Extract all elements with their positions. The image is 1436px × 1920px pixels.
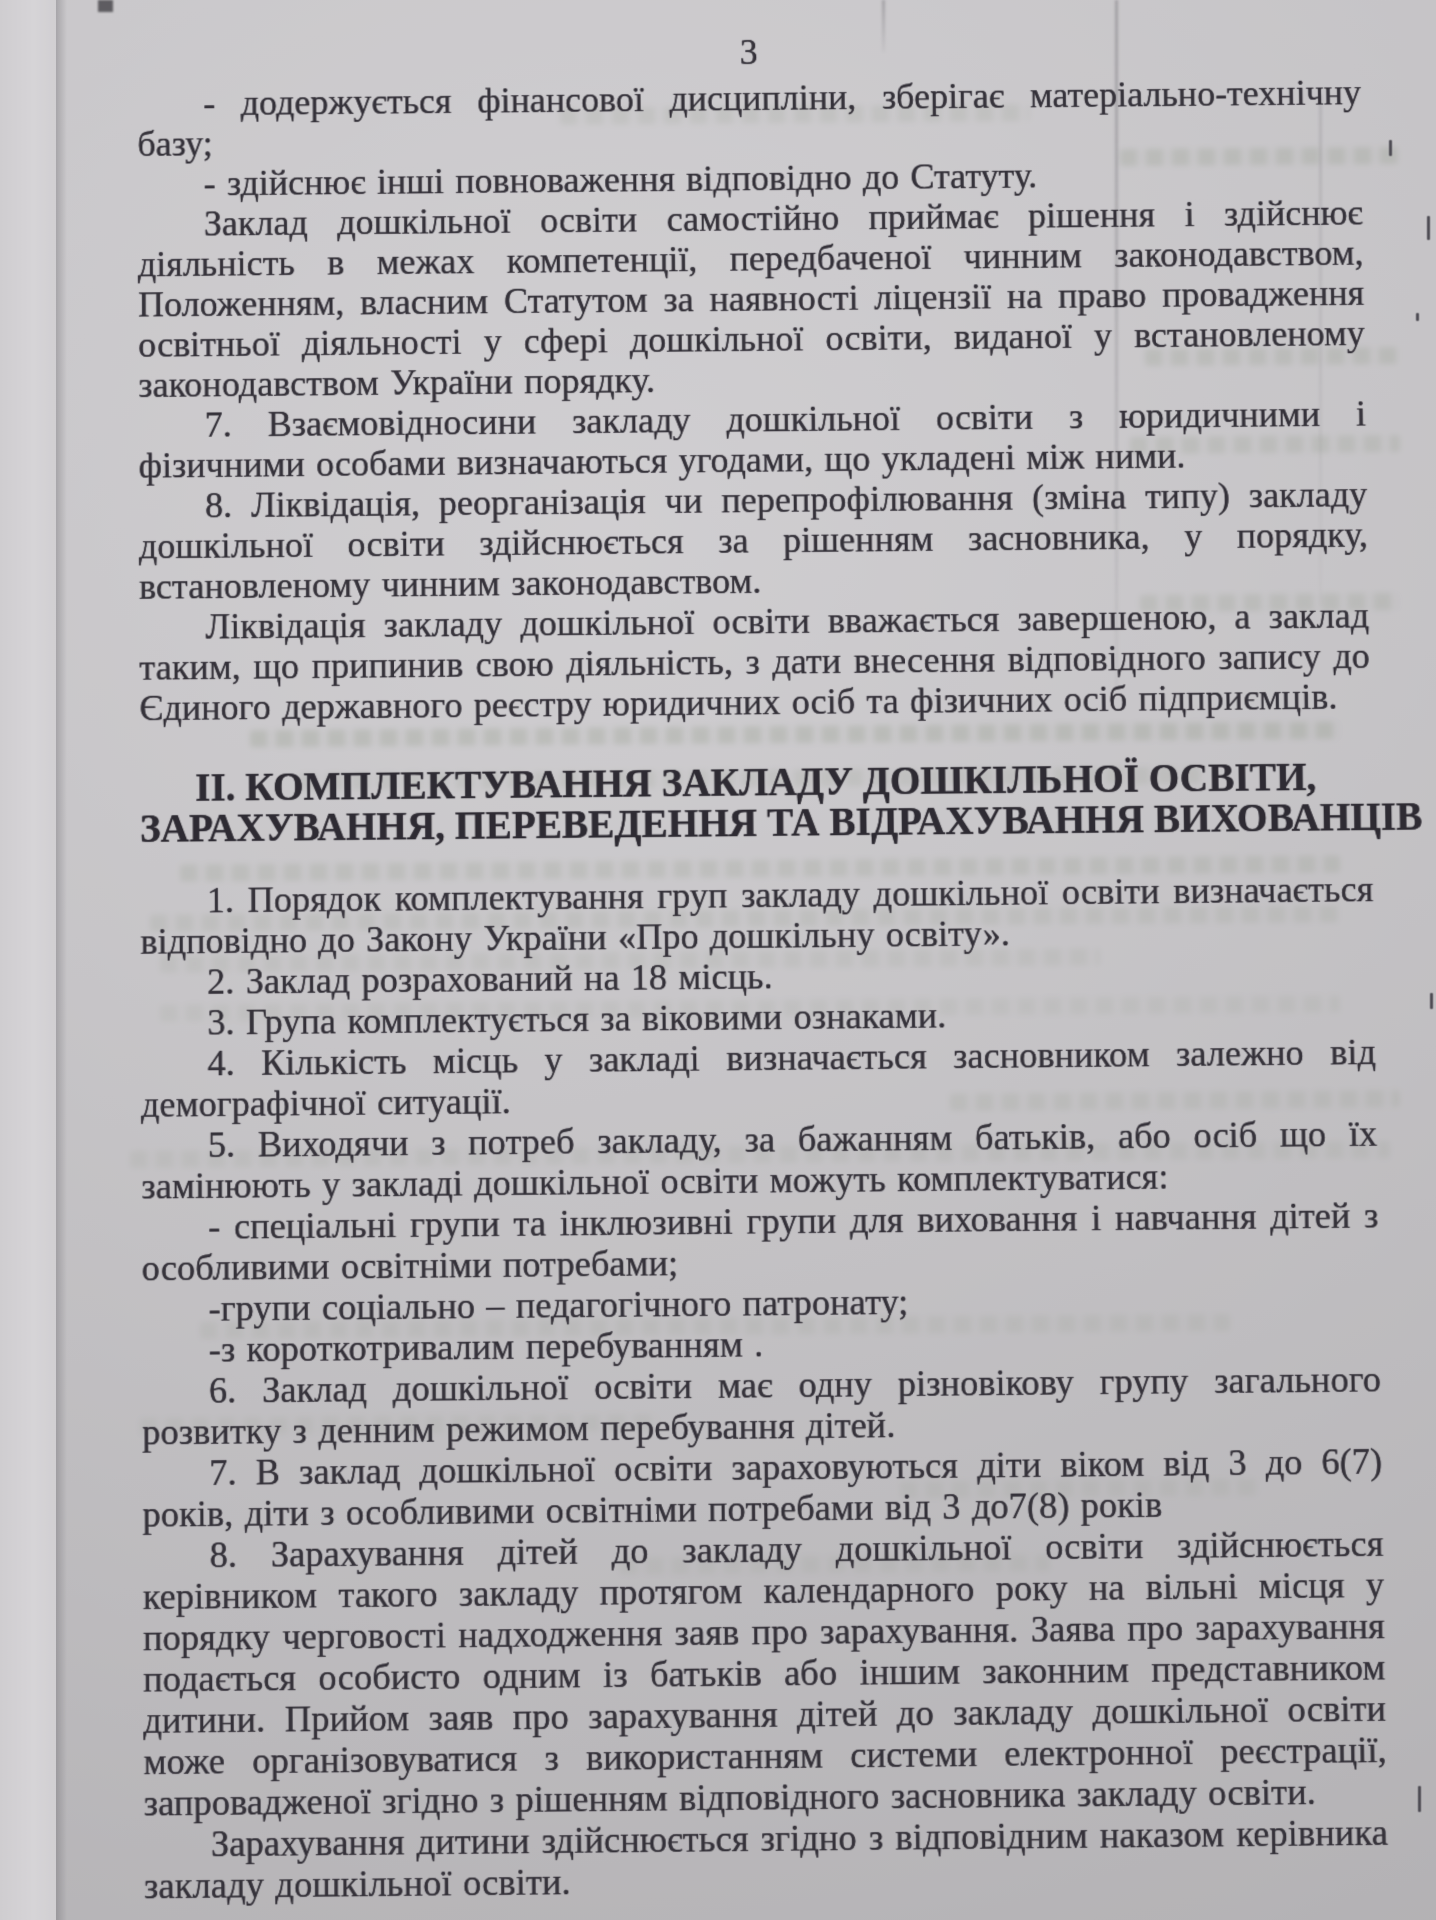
edge-mark: [1389, 140, 1392, 156]
paragraph-liquidation-complete: Ліквідація закладу дошкільної освіти вва…: [139, 595, 1371, 728]
fold-crease: [56, 0, 67, 1920]
edge-mark: [1416, 313, 1419, 321]
paragraph-duties-finance: - додержується фінансової дисципліни, зб…: [137, 72, 1362, 164]
paragraph-item-1: 1. Порядок комплектування груп закладу д…: [140, 869, 1374, 962]
scanned-document-page: 3 - додержується фінансової дисципліни, …: [0, 0, 1436, 1920]
paragraph-liquidation: 8. Ліквідація, реорганізація чи перепроф…: [139, 474, 1369, 607]
paragraph-item-7: 7. В заклад дошкільної освіти зараховуют…: [142, 1441, 1383, 1535]
edge-mark: [1430, 993, 1433, 1009]
section-heading-line: ЗАРАХУВАННЯ, ПЕРЕВЕДЕННЯ ТА ВІДРАХУВАННЯ…: [140, 798, 1373, 851]
paragraph-autonomy: Заклад дошкільної освіти самостійно прий…: [138, 192, 1366, 405]
paragraph-item-8: 8. Зарахування дітей до закладу дошкільн…: [143, 1523, 1388, 1824]
paragraph-item-5: 5. Виходячи з потреб закладу, за бажання…: [141, 1113, 1378, 1207]
paragraph-enrollment-order: Зарахування дитини здійснюється згідно з…: [144, 1812, 1389, 1907]
paragraph-relations: 7. Взаємовідносини закладу дошкільної ос…: [138, 393, 1367, 485]
paragraph-item-4: 4. Кількість місць у закладі визначаєтьс…: [141, 1031, 1377, 1125]
section-heading: ІІ. КОМПЛЕКТУВАННЯ ЗАКЛАДУ ДОШКІЛЬНОЇ ОС…: [140, 757, 1373, 850]
page-content: 3 - додержується фінансової дисципліни, …: [137, 24, 1389, 1907]
page-left-edge: [0, 0, 56, 1920]
edge-speck: [98, 0, 113, 12]
page-number: 3: [137, 24, 1361, 80]
paragraph-item-5-special-groups: - спеціальні групи та інклюзивні групи д…: [141, 1195, 1379, 1289]
edge-mark: [1427, 216, 1430, 240]
edge-mark: [1418, 1786, 1421, 1812]
paragraph-item-6: 6. Заклад дошкільної освіти має одну різ…: [142, 1359, 1382, 1453]
